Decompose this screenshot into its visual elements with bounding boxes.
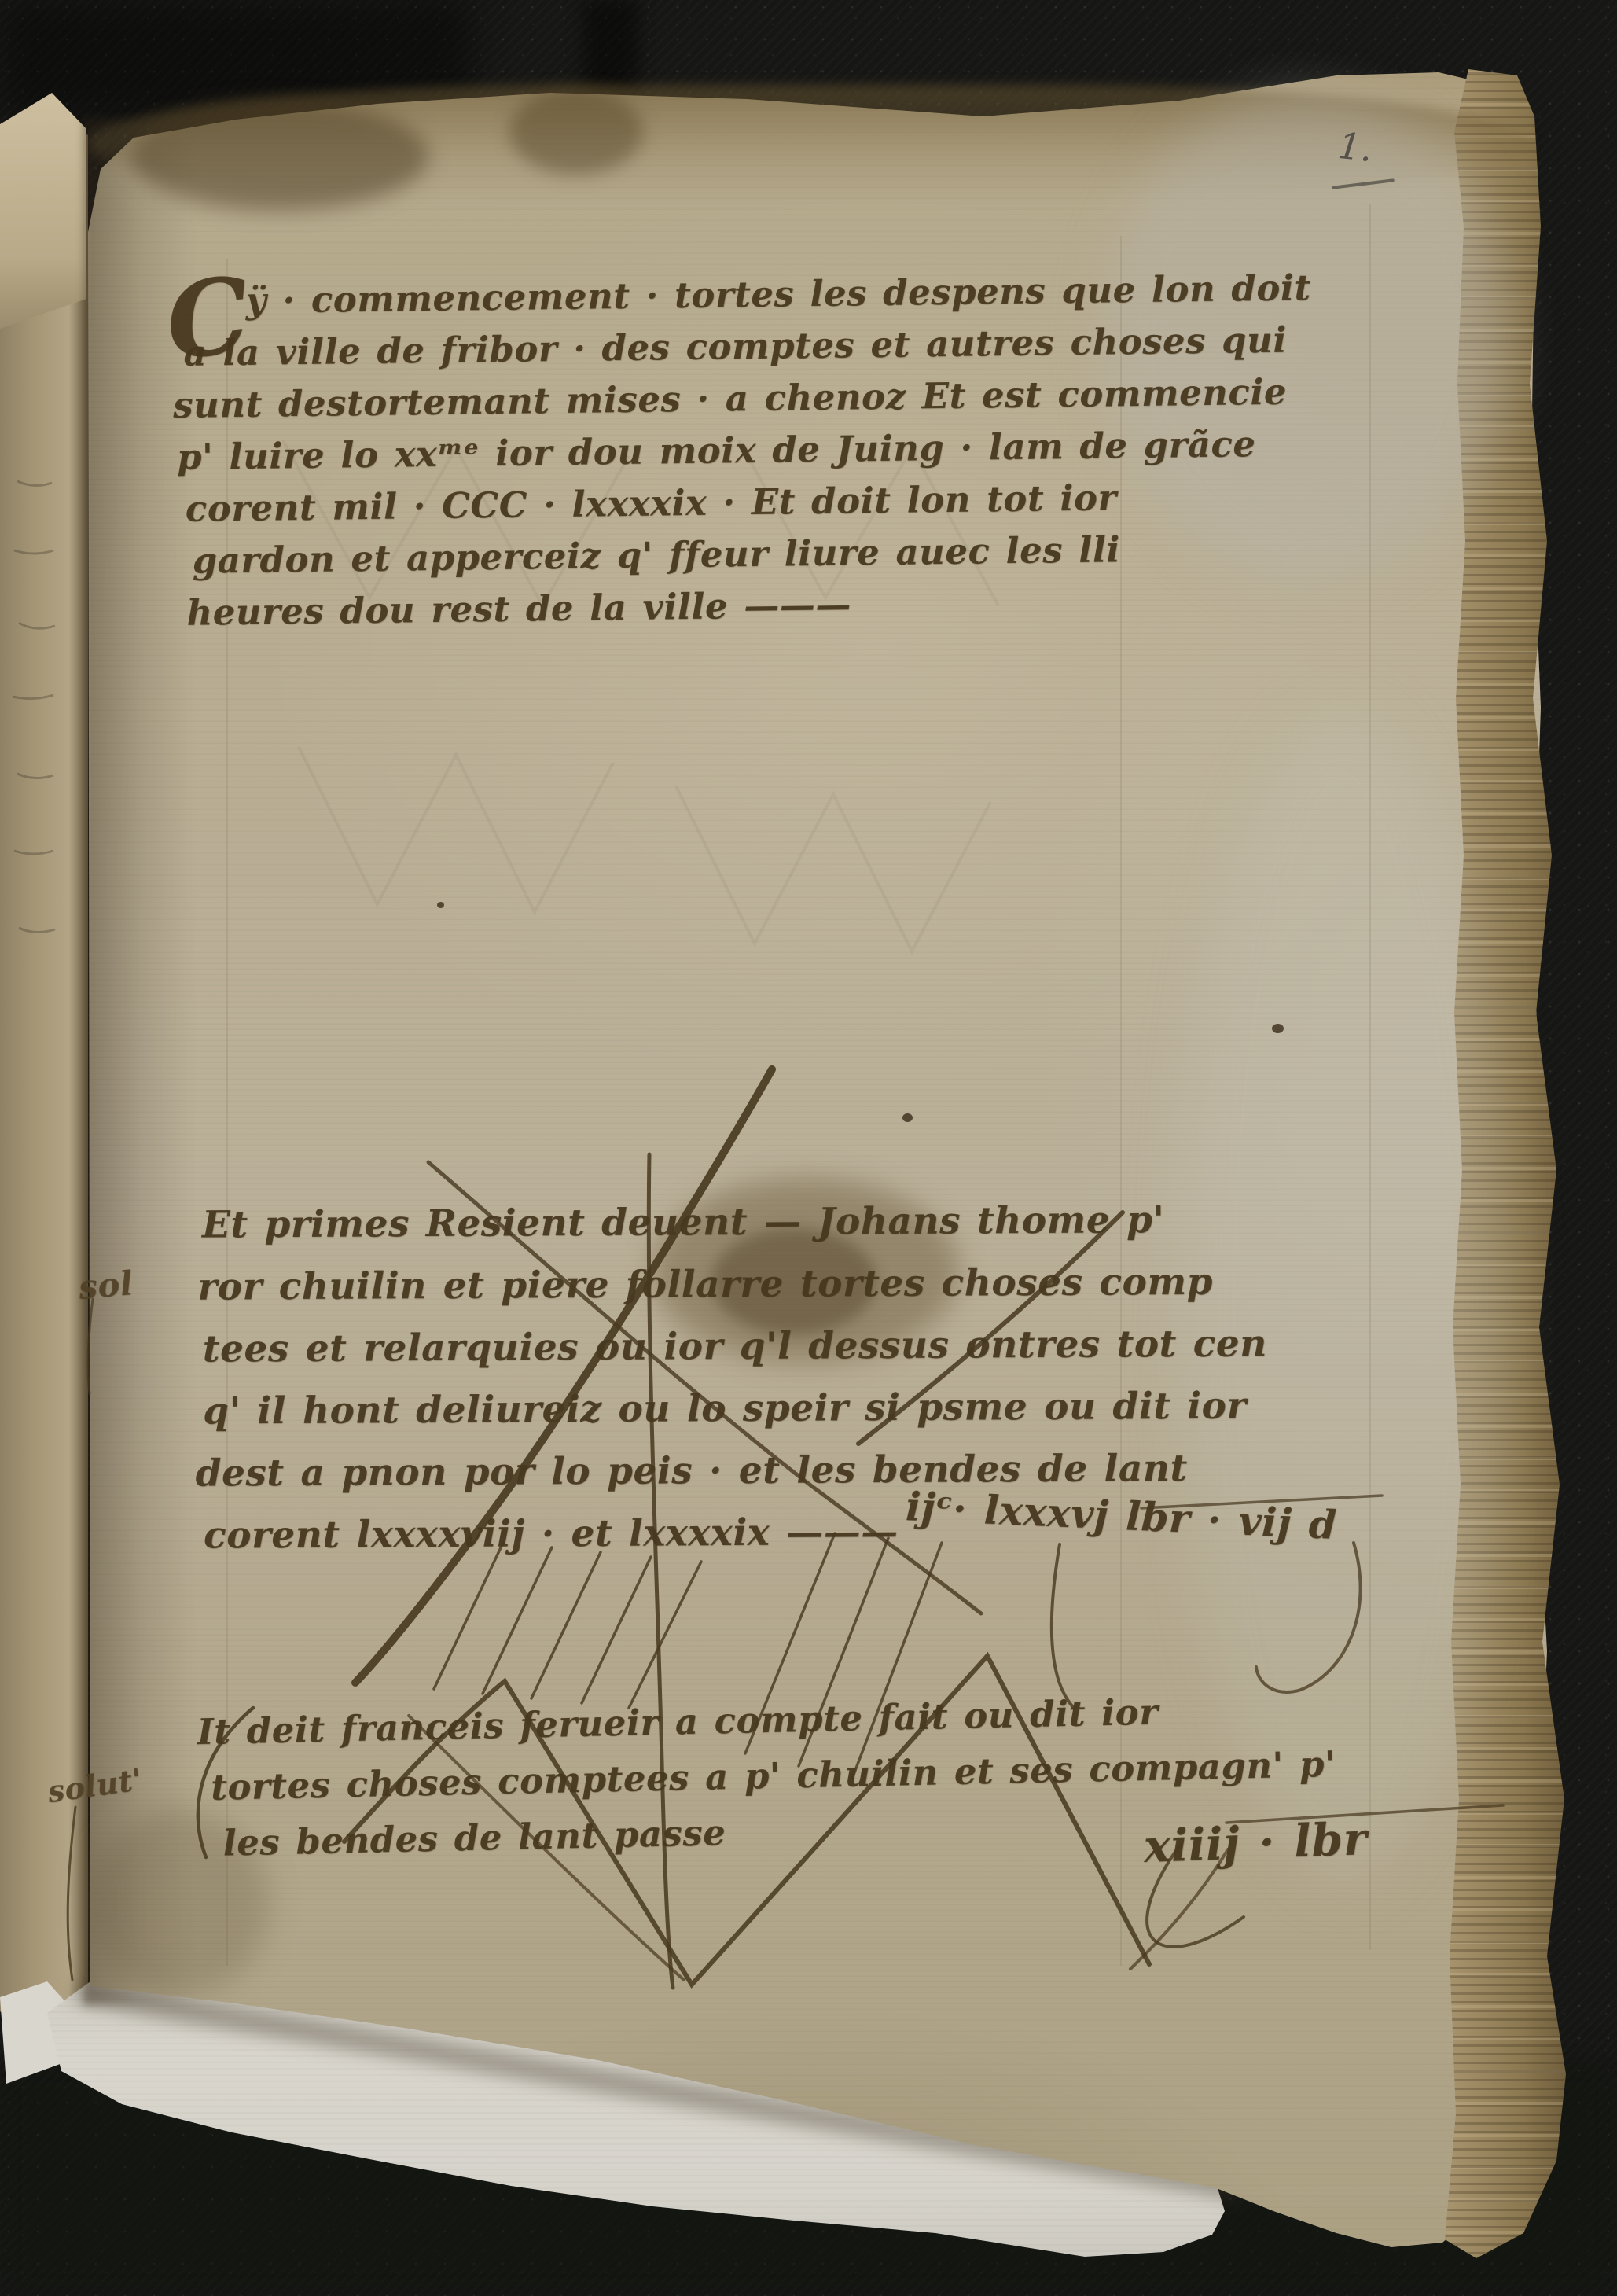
stain-top-middle xyxy=(509,88,643,175)
fox-spot xyxy=(437,902,444,908)
manuscript-photo: C ÿ · commencement · tortes les despens … xyxy=(0,0,1617,2296)
entry-line: tees et relarquies ou ior q'l dessus ont… xyxy=(203,1312,1267,1380)
margin-note-sol: sol xyxy=(77,1264,134,1307)
entry-amount-2: xiiij · lbr xyxy=(1143,1812,1368,1873)
entry-line: ror chuilin et piere follarre tortes cho… xyxy=(197,1250,1266,1318)
ruling-line xyxy=(1369,204,1371,1950)
folio-number: 1. xyxy=(1336,124,1374,170)
entry-line: q' il hont deliureiz ou lo speir si psme… xyxy=(203,1374,1267,1442)
stain-top-left xyxy=(130,101,428,211)
fox-spot xyxy=(1272,1024,1284,1033)
fox-spot xyxy=(902,1113,913,1122)
heading-paragraph: ÿ · commencement · tortes les despens qu… xyxy=(182,262,1315,638)
facing-page-edge xyxy=(0,101,88,2052)
facing-page-curled-corner xyxy=(0,93,86,329)
entry-line: Et primes Resient deuent — Johans thome … xyxy=(202,1188,1266,1256)
